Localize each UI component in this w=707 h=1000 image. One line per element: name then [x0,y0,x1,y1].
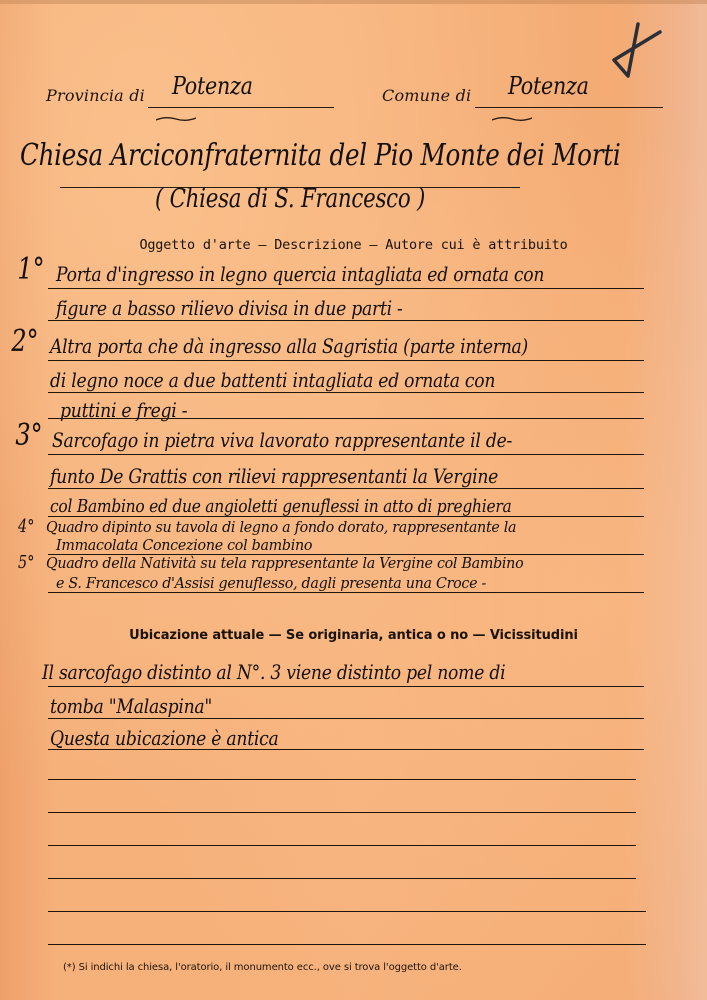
item-5-line-1: Quadro della Natività su tela rappresent… [46,554,523,572]
item-4-line-2: Immacolata Concezione col bambino [56,536,312,554]
item-1-line-1: Porta d'ingresso in legno quercia intagl… [56,262,544,286]
item-5-line-2: e S. Francesco d'Assisi genuflesso, dagl… [56,574,486,592]
blank-ruled-line [48,779,636,780]
ruled-line [48,516,644,517]
ruled-line [48,454,644,455]
item-3-line-2: funto De Grattis con rilievi rappresenta… [50,464,498,488]
pencil-x-mark-icon [610,20,662,78]
item-number: 2° [11,324,38,359]
item-number: 3° [15,418,42,453]
church-name-line-1: Chiesa Arciconfraternita del Pio Monte d… [20,138,620,173]
item-number: 5° [18,552,34,573]
flourish-ornament-icon [492,116,532,122]
flourish-ornament-icon [156,116,196,122]
ubicazione-line-3: Questa ubicazione è antica [50,726,279,750]
oggetto-section-heading: Oggetto d'arte — Descrizione — Autore cu… [0,237,707,253]
ubicazione-line-1: Il sarcofago distinto al N°. 3 viene dis… [42,660,505,684]
blank-ruled-line [48,944,646,945]
ruled-line [48,749,644,750]
item-2-line-2: di legno noce a due battenti intagliata … [50,368,495,392]
provincia-value: Potenza [172,72,253,100]
ubicazione-line-2: tomba "Malaspina" [50,694,212,718]
item-number: 4° [18,516,34,537]
ruled-line [48,392,644,393]
comune-label: Comune di [382,86,471,105]
ubicazione-section-heading: Ubicazione attuale — Se originaria, anti… [0,628,707,643]
comune-fill-line [475,107,663,108]
item-4-line-1: Quadro dipinto su tavola di legno a fond… [46,518,516,536]
footnote: (*) Si indichi la chiesa, l'oratorio, il… [63,962,462,973]
item-1-line-2: figure a basso rilievo divisa in due par… [56,296,403,320]
blank-ruled-line [48,911,646,912]
item-number: 1° [17,252,44,287]
blank-ruled-line [48,845,636,846]
item-3-line-1: Sarcofago in pietra viva lavorato rappre… [52,428,512,452]
blank-ruled-line [48,878,636,879]
comune-value: Potenza [508,72,589,100]
item-3-line-3: col Bambino ed due angioletti genuflessi… [50,496,511,517]
ruled-line [48,360,644,361]
ruled-line [48,592,644,593]
paper-edge [0,0,707,4]
ruled-line [48,488,644,489]
item-2-line-1: Altra porta che dà ingresso alla Sagrist… [50,334,528,358]
ruled-line [48,418,644,419]
church-name-line-2: ( Chiesa di S. Francesco ) [155,184,425,214]
ruled-line [48,288,644,289]
provincia-label: Provincia di [46,86,145,105]
ruled-line [48,686,644,687]
ruled-line [48,718,644,719]
document-page: Provincia di Potenza Comune di Potenza C… [0,0,707,1000]
blank-ruled-line [48,812,636,813]
ruled-line [48,320,644,321]
provincia-fill-line [148,107,334,108]
